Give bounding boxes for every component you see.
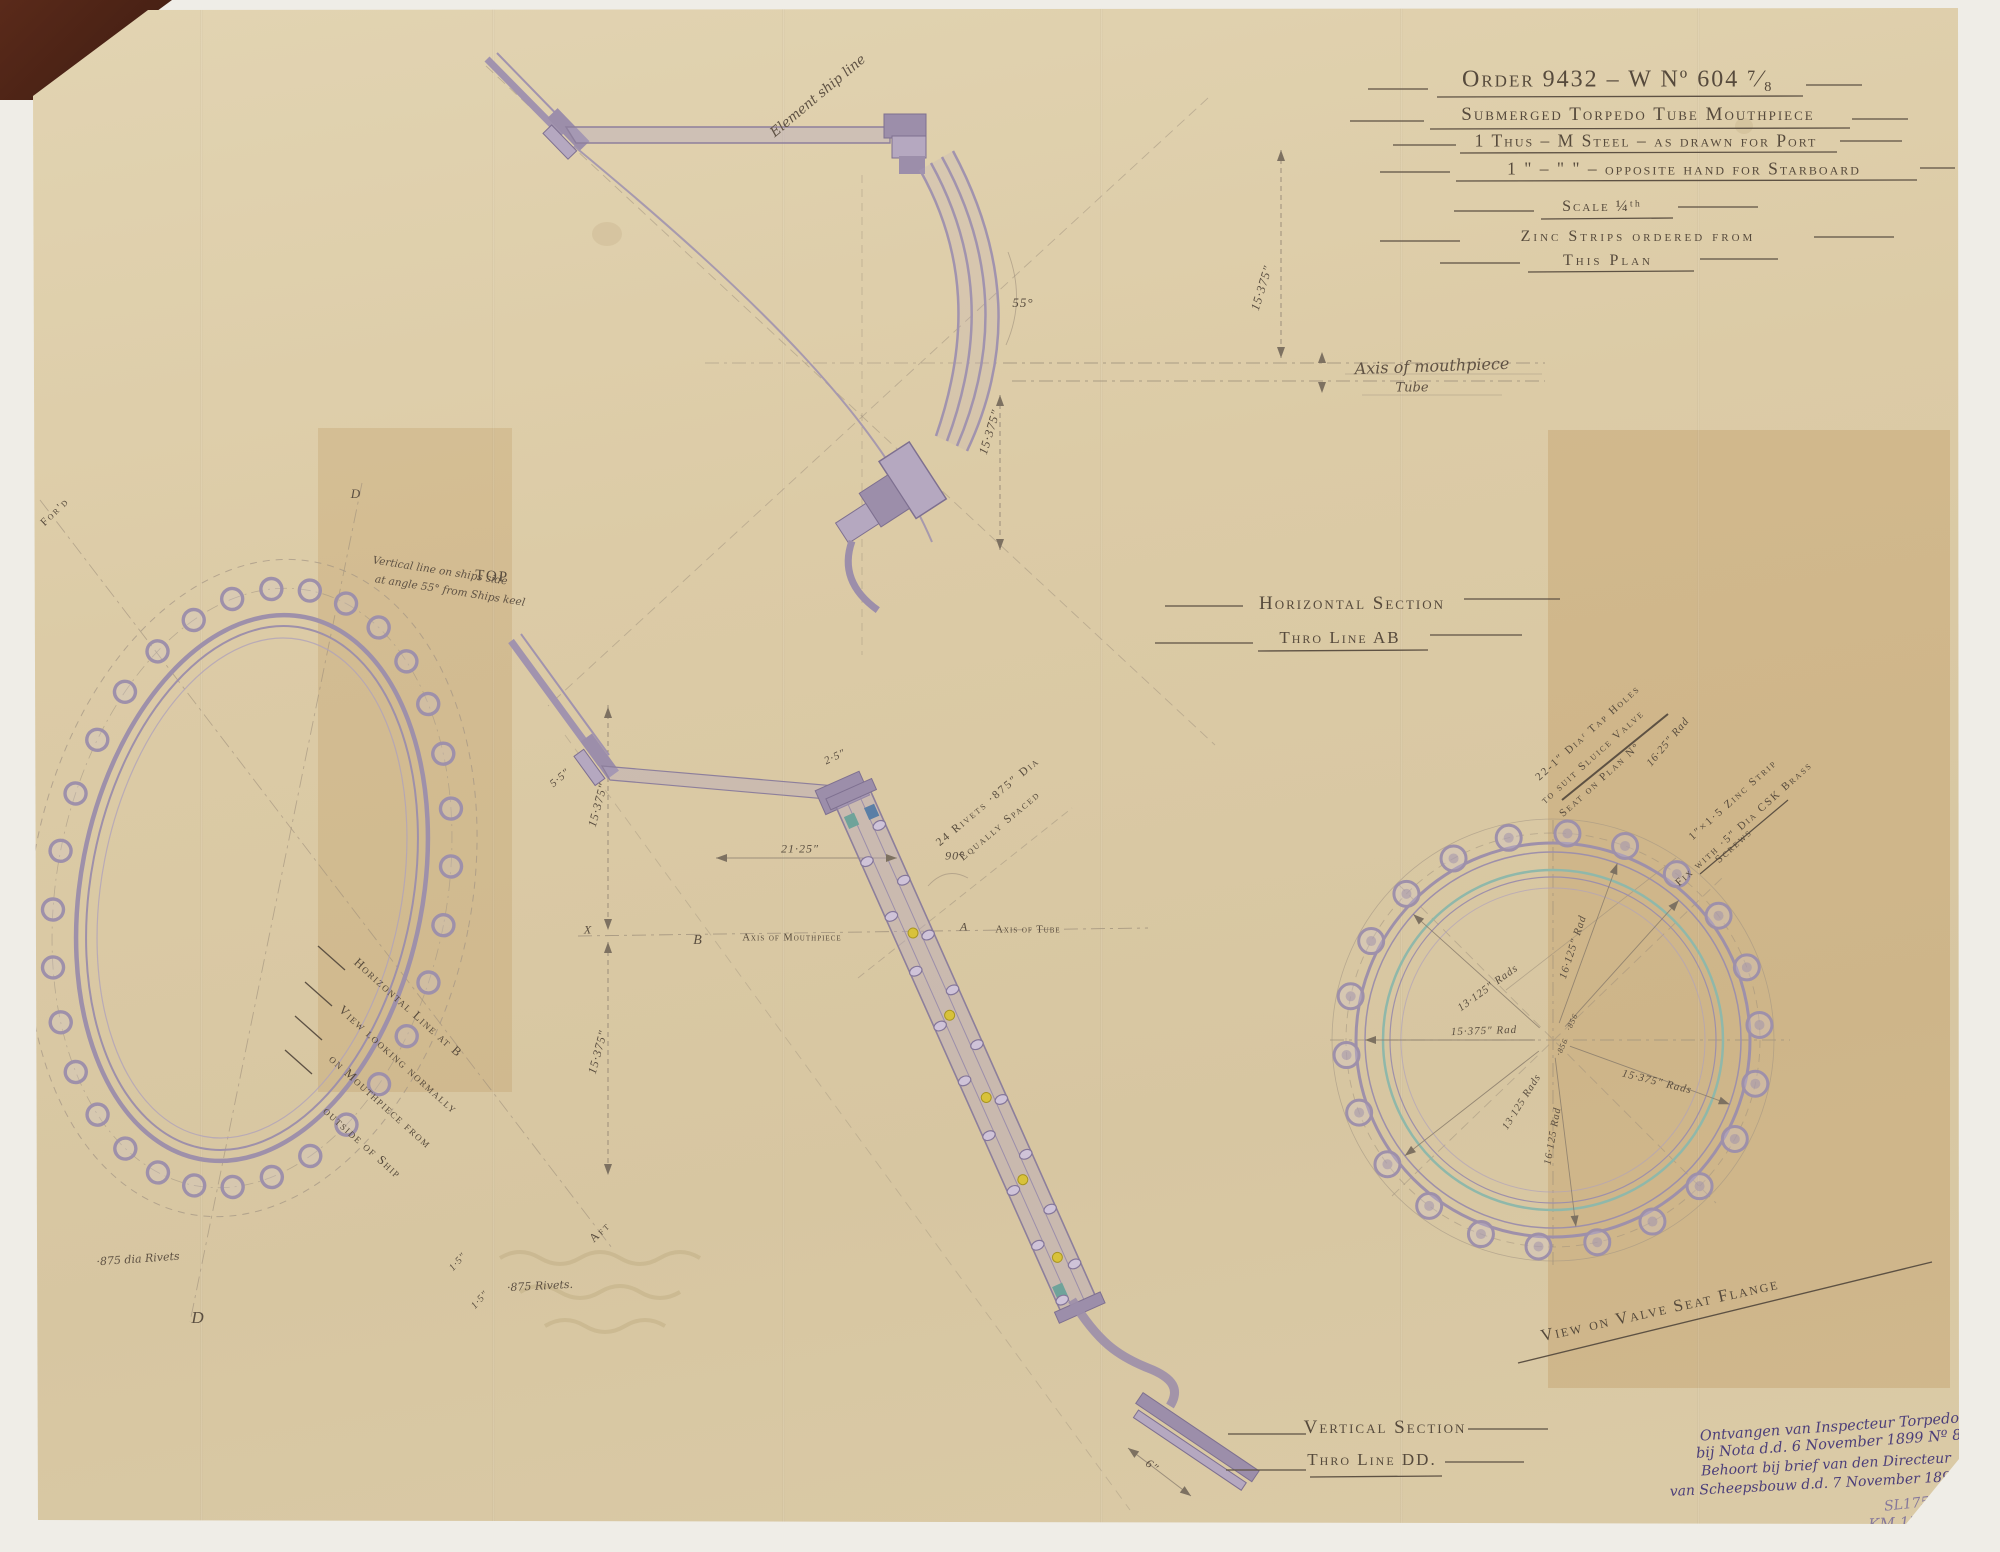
archive-code-2: KM 17 – 4.4 — [1868, 1511, 1960, 1534]
vertical-section-subcaption: Thro Line DD. — [1307, 1450, 1436, 1470]
vertical-section-caption: Vertical Section — [1304, 1417, 1467, 1439]
build-spec-starboard-line: 1 " – " " – opposite hand for Starboard — [1507, 159, 1861, 180]
scale-note: Scale ¼ᵗʰ — [1562, 198, 1642, 216]
marker-a: A — [960, 920, 968, 935]
paper-sheet: Order 9432 – W Nº 604 ⁷⁄₈ Submerged Torp… — [0, 0, 2000, 1552]
axis-of-tube-label: Axis of Tube — [995, 925, 1060, 936]
section-d-marker-top: D — [351, 486, 361, 502]
mouthpiece-face-view-drawing — [0, 520, 531, 1256]
radius-dim-15-375-left: 15·375″ Rad — [1451, 1024, 1518, 1038]
angle-55-label: 55° — [1012, 295, 1033, 311]
ink-rules — [285, 85, 1955, 1477]
drawing-subject-line: Submerged Torpedo Tube Mouthpiece — [1461, 104, 1814, 126]
zinc-strips-note-line2: This Plan — [1563, 252, 1653, 270]
horizontal-section-drawing — [487, 53, 999, 614]
section-d-marker-bottom: D — [191, 1308, 204, 1328]
drawing-photograph: Order 9432 – W Nº 604 ⁷⁄₈ Submerged Torp… — [0, 0, 2000, 1552]
axis-tube-note: Tube — [1395, 381, 1428, 396]
construction-lines — [40, 66, 1790, 1510]
horizontal-section-caption: Horizontal Section — [1259, 593, 1445, 615]
horizontal-section-subcaption: Thro Line AB — [1279, 628, 1400, 648]
axis-of-mouthpiece-label: Axis of Mouthpiece — [742, 933, 841, 944]
marker-x: X — [584, 923, 592, 938]
marker-b: B — [693, 933, 703, 949]
zinc-strips-note-line1: Zinc Strips ordered from — [1521, 228, 1756, 246]
order-number-line: Order 9432 – W Nº 604 ⁷⁄₈ — [1462, 67, 1774, 94]
vertical-section-drawing — [511, 634, 1259, 1492]
build-spec-port-line: 1 Thus – M Steel – as drawn for Port — [1475, 131, 1818, 152]
dim-21-25: 21·25″ — [781, 842, 819, 857]
